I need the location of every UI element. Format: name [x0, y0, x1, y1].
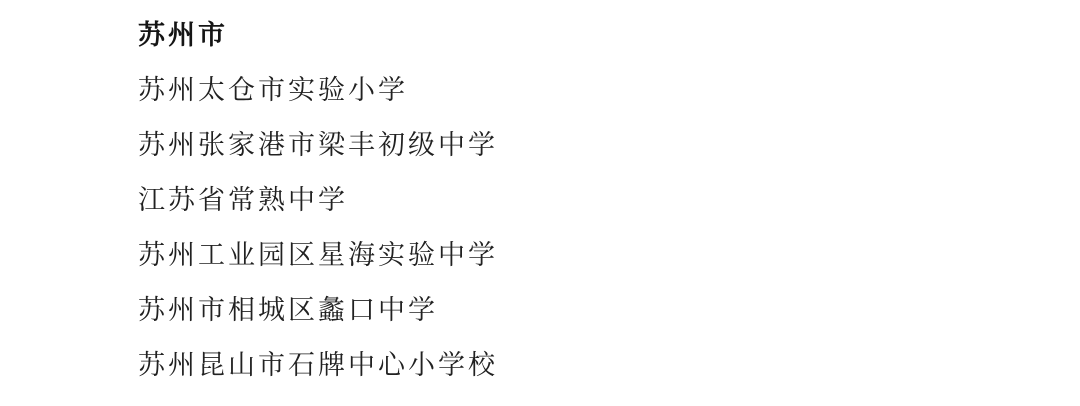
school-list-item: 江苏省常熟中学	[138, 170, 1040, 225]
school-list-item: 苏州张家港市梁丰初级中学	[138, 115, 1040, 170]
school-list-item: 苏州市相城区蠡口中学	[138, 280, 1040, 335]
school-list-item: 苏州太仓市实验小学	[138, 60, 1040, 115]
school-list-item: 苏州工业园区星海实验中学	[138, 225, 1040, 280]
school-list-item: 苏州昆山市石牌中心小学校	[138, 335, 1040, 390]
document-page: 苏州市 苏州太仓市实验小学 苏州张家港市梁丰初级中学 江苏省常熟中学 苏州工业园…	[0, 0, 1080, 406]
city-header: 苏州市	[138, 5, 1040, 60]
